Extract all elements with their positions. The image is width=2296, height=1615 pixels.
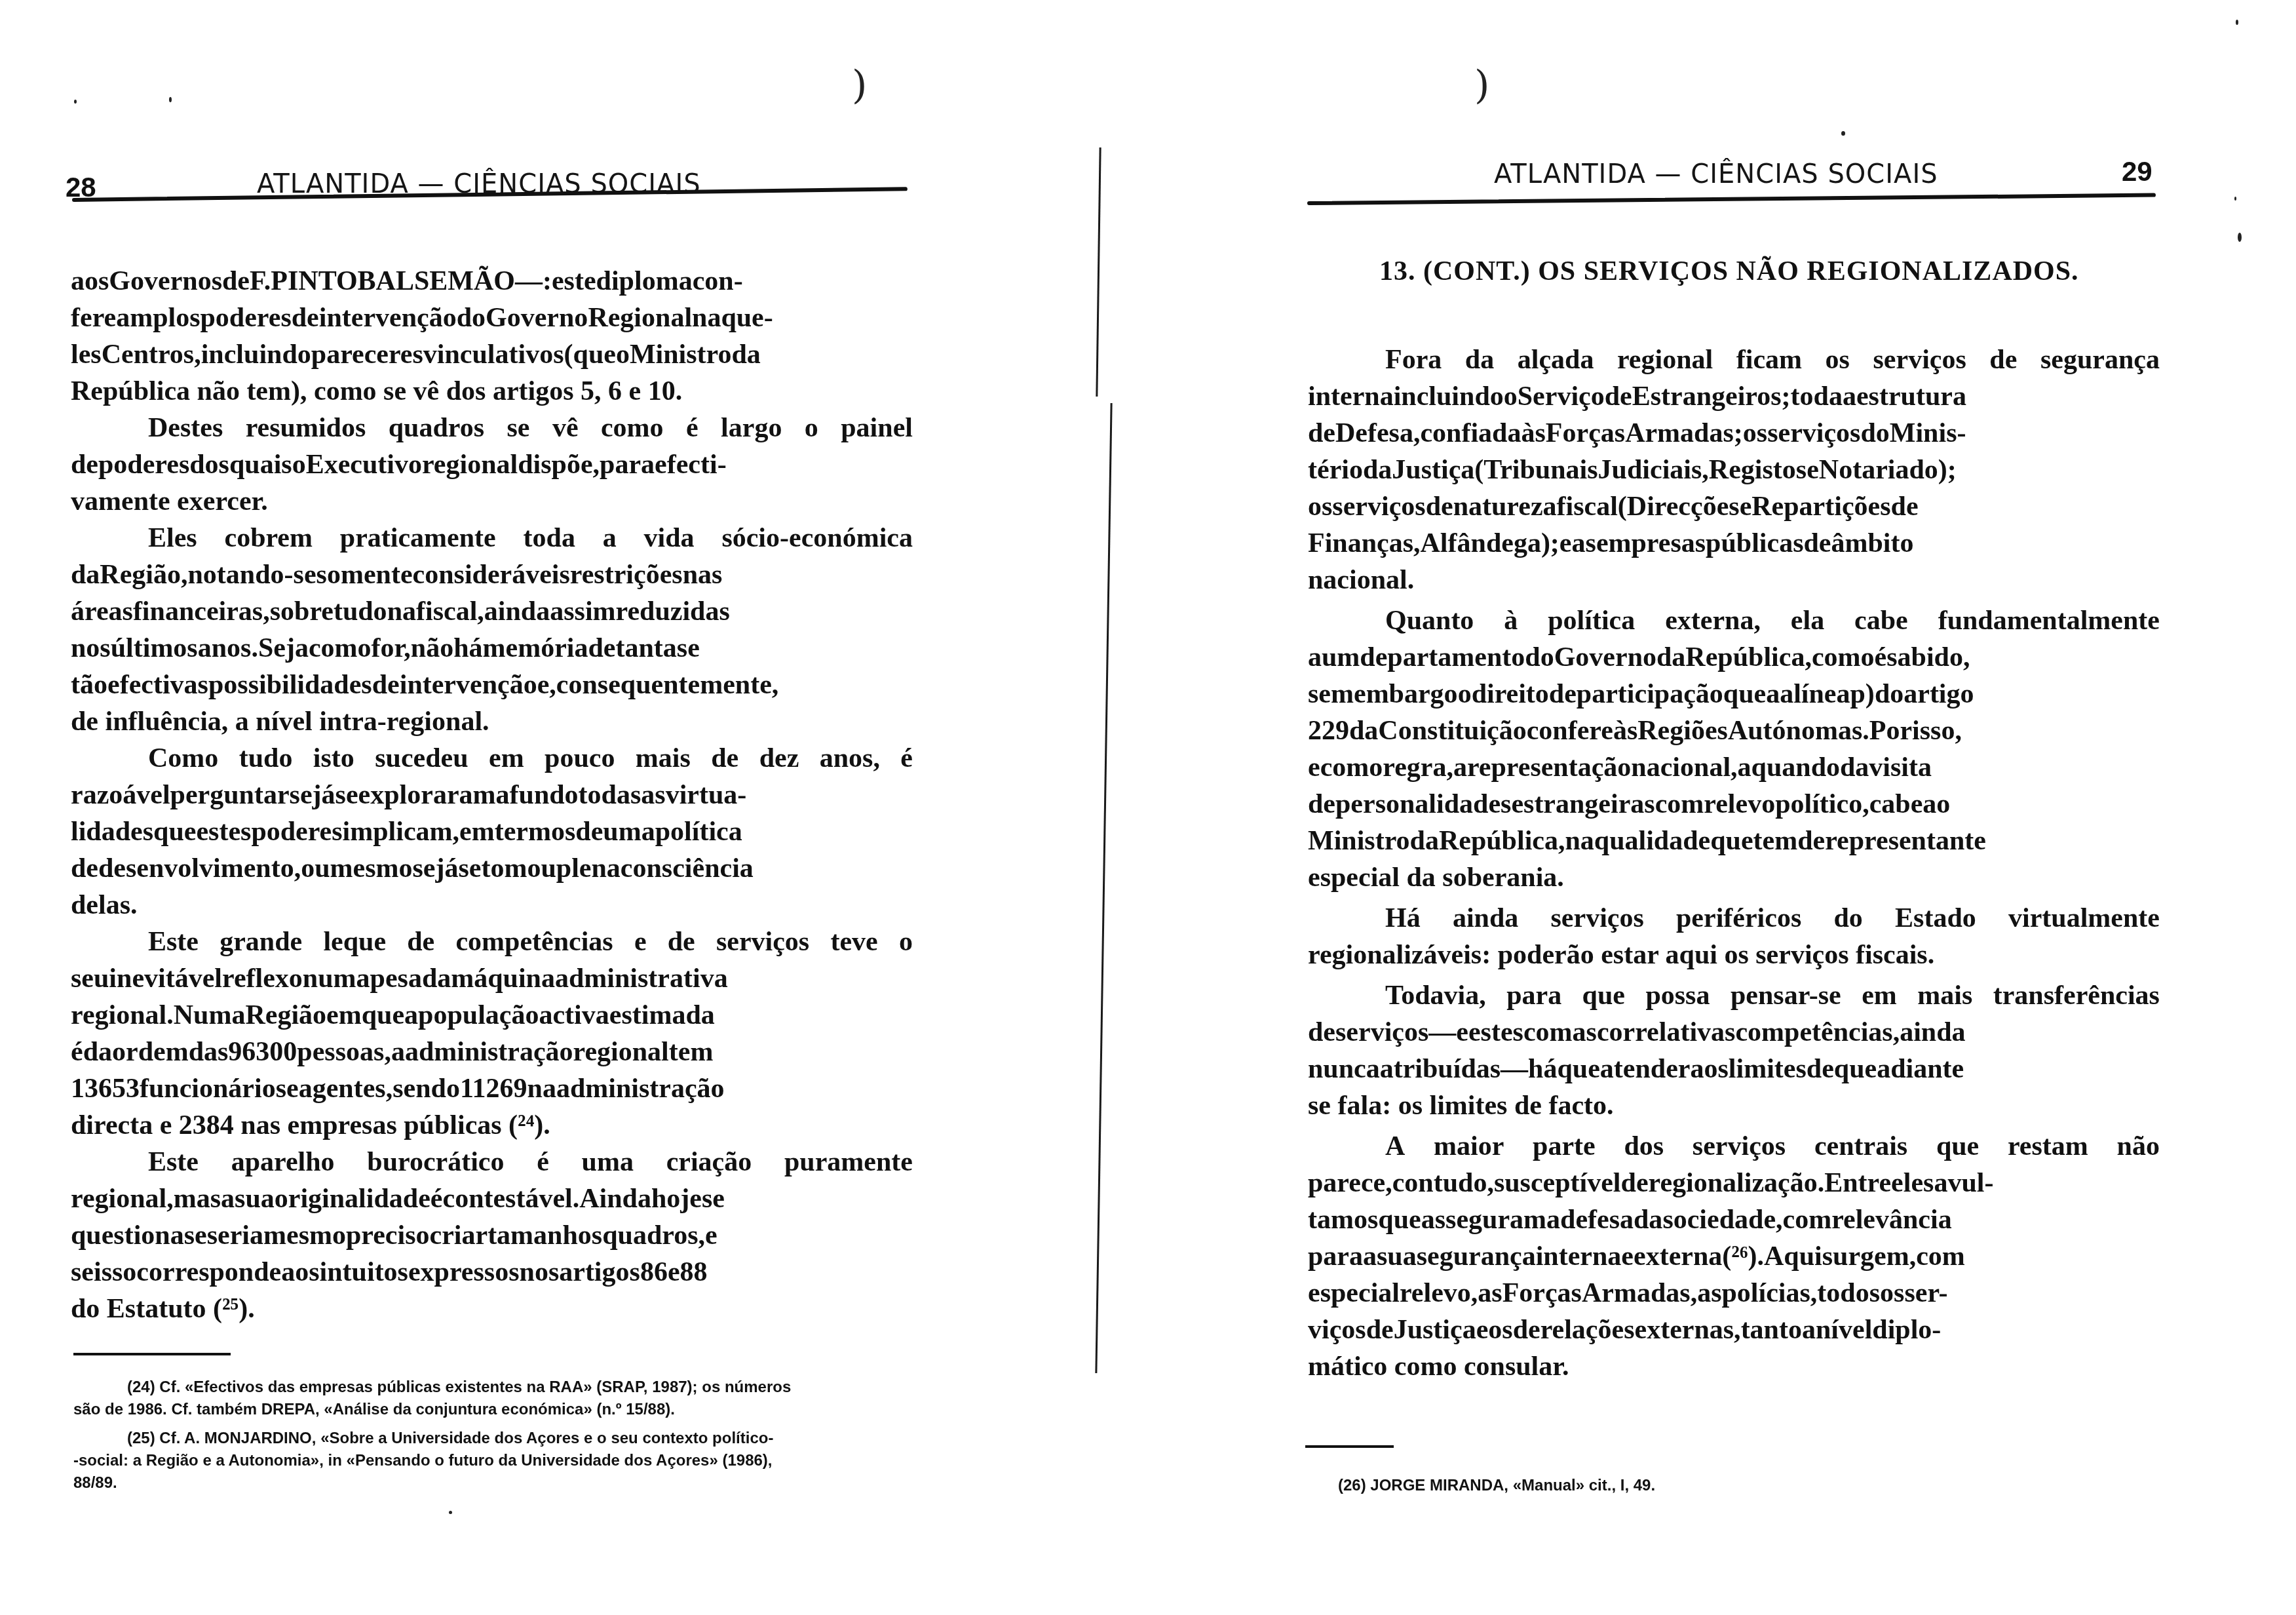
text-line: internaincluindooServiçodeEstrangeiros;t…: [1308, 381, 1966, 412]
header-rule: [1307, 193, 2156, 205]
scan-mark: ): [1474, 62, 1489, 108]
footnote-25-line-3: 88/89.: [73, 1473, 117, 1493]
footnote-rule: [73, 1353, 231, 1355]
text-line: directa e 2384 nas empresas públicas (²⁴…: [71, 1110, 550, 1141]
text-line: tãoefectivaspossibilidadesdeintervençãoe…: [71, 669, 778, 701]
right-page: ) ATLANTIDA — CIÊNCIAS SOCIAIS 29 13. (C…: [1258, 0, 2296, 1615]
text-line: razoávelperguntarsejáseexploraramafundot…: [71, 779, 746, 811]
text-line: Estegrandelequedecompetênciasedeserviços…: [148, 926, 913, 958]
scan-mark: ): [852, 62, 867, 108]
text-line: 13653funcionárioseagentes,sendo11269naad…: [71, 1073, 725, 1104]
gutter-shadow: [1096, 147, 1101, 397]
page-number: 29: [2122, 156, 2152, 187]
text-line: Quantoàpolíticaexterna,elacabefundamenta…: [1385, 605, 2160, 636]
gutter-shadow: [1095, 403, 1112, 1373]
text-line: MinistrodaRepública,naqualidadequetemder…: [1308, 825, 1986, 857]
text-line: dedesenvolvimento,oumesmosejásetomouplen…: [71, 853, 754, 884]
scan-speck: [1841, 131, 1845, 136]
scan-speck: [2238, 233, 2242, 242]
text-line: semembargoodireitodeparticipaçãoqueaalín…: [1308, 678, 1974, 710]
text-line: lidadesqueestespoderesimplicam,emtermosd…: [71, 816, 742, 847]
text-line: HáaindaserviçosperiféricosdoEstadovirtua…: [1385, 903, 2160, 934]
text-line: de influência, a nível intra-regional.: [71, 706, 489, 737]
left-page: ) 28 ATLANTIDA — CIÊNCIAS SOCIAIS aosGov…: [0, 0, 1022, 1615]
text-line: República não tem), como se vê dos artig…: [71, 376, 682, 407]
text-line: Destesresumidosquadrossevêcomoélargoopai…: [148, 412, 913, 444]
footnote-25-line-2: -social: a Região e a Autonomia», in «Pe…: [73, 1451, 773, 1471]
text-line: lesCentros,incluindopareceresvinculativo…: [71, 339, 761, 370]
footnote-rule: [1305, 1445, 1394, 1448]
text-line: Amaiorpartedosserviçoscentraisquerestamn…: [1385, 1131, 2160, 1162]
text-line: parece,contudo,susceptívelderegionalizaç…: [1308, 1167, 1993, 1199]
running-head: ATLANTIDA — CIÊNCIAS SOCIAIS: [1494, 159, 1938, 189]
text-line: tériodaJustiça(TribunaisJudiciais,Regist…: [1308, 454, 1957, 486]
scan-speck: [169, 97, 172, 102]
text-line: Esteaparelhoburocráticoéumacriaçãopurame…: [148, 1146, 913, 1178]
text-line: osserviçosdenaturezafiscal(DirecçõeseRep…: [1308, 491, 1919, 522]
text-line: regional.NumaRegiãoemqueapopulaçãoactiva…: [71, 1000, 715, 1031]
scan-speck: [74, 100, 77, 104]
section-heading: 13. (CONT.) OS SERVIÇOS NÃO REGIONALIZAD…: [1379, 256, 2079, 287]
text-line: daRegião,notando-sesomenteconsideráveisr…: [71, 559, 722, 591]
text-line: Foradaalçadaregionalficamosserviçosdeseg…: [1385, 344, 2160, 376]
scan-speck: [449, 1511, 452, 1514]
text-line: regionalizáveis: poderão estar aqui os s…: [1308, 939, 1934, 971]
text-line: questionaseseriamesmoprecisocriartamanho…: [71, 1220, 717, 1251]
text-line: aumdepartamentodoGovernodaRepública,como…: [1308, 642, 1970, 673]
text-line: Elescobrempraticamentetodaavidasócio-eco…: [148, 522, 913, 554]
text-line: ecomoregra,arepresentaçãonacional,aquand…: [1308, 752, 1932, 783]
text-line: se fala: os limites de facto.: [1308, 1090, 1614, 1121]
text-line: do Estatuto (²⁵).: [71, 1293, 255, 1325]
text-line: regional,masasuaoriginalidadeécontestáve…: [71, 1183, 725, 1215]
text-line: Finanças,Alfândega);easempresaspúblicasd…: [1308, 528, 1913, 559]
footnote-24-line-1: (24) Cf. «Efectivos das empresas pública…: [127, 1378, 791, 1397]
text-line: especialrelevo,asForçasArmadas,aspolícia…: [1308, 1277, 1947, 1309]
footnote-26: (26) JORGE MIRANDA, «Manual» cit., I, 49…: [1338, 1476, 1655, 1496]
text-line: deDefesa,confiadaàsForçasArmadas;osservi…: [1308, 418, 1966, 449]
footnote-24-line-2: são de 1986. Cf. também DREPA, «Análise …: [73, 1400, 675, 1420]
text-line: Todavia,paraquepossapensar-seemmaistrans…: [1385, 980, 2160, 1011]
text-line: Comotudoistosucedeuempoucomaisdedezanos,…: [148, 743, 913, 774]
text-line: especial da soberania.: [1308, 862, 1564, 893]
text-line: nacional.: [1308, 564, 1414, 596]
text-line: depersonalidadesestrangeirascomrelevopol…: [1308, 788, 1950, 820]
text-line: fereamplospoderesdeintervençãodoGovernoR…: [71, 302, 773, 334]
scan-speck: [2234, 197, 2236, 201]
text-line: mático como consular.: [1308, 1351, 1569, 1382]
text-line: depoderesdosquaisoExecutivoregionaldispõ…: [71, 449, 727, 480]
text-line: áreasfinanceiras,sobretudonafiscal,ainda…: [71, 596, 730, 627]
text-line: aosGovernosdeF.PINTOBALSEMÃO—:estediplom…: [71, 265, 743, 297]
footnote-25-line-1: (25) Cf. A. MONJARDINO, «Sobre a Univers…: [127, 1429, 773, 1449]
text-line: paraasuasegurançainternaeexterna(²⁶).Aqu…: [1308, 1241, 1965, 1272]
scan-speck: [2236, 20, 2238, 25]
text-line: deserviços—eestescomascorrelativascompet…: [1308, 1017, 1966, 1048]
text-line: viçosdeJustiçaeosderelaçõesexternas,tant…: [1308, 1314, 1941, 1346]
text-line: tamosqueasseguramadefesadasociedade,comr…: [1308, 1204, 1952, 1236]
text-line: vamente exercer.: [71, 486, 268, 517]
text-line: seuinevitávelreflexonumapesadamáquinaadm…: [71, 963, 728, 994]
text-line: édaordemdas96300pessoas,aadministraçãore…: [71, 1036, 713, 1068]
text-line: nosúltimosanos.Sejacomofor,nãohámemóriad…: [71, 632, 700, 664]
text-line: delas.: [71, 889, 138, 921]
text-line: nuncaatribuídas—háqueatenderaoslimitesde…: [1308, 1053, 1964, 1085]
text-line: 229daConstituiçãoconfereàsRegiõesAutónom…: [1308, 715, 1962, 747]
text-line: seissocorrespondeaosintuitosexpressosnos…: [71, 1256, 708, 1288]
